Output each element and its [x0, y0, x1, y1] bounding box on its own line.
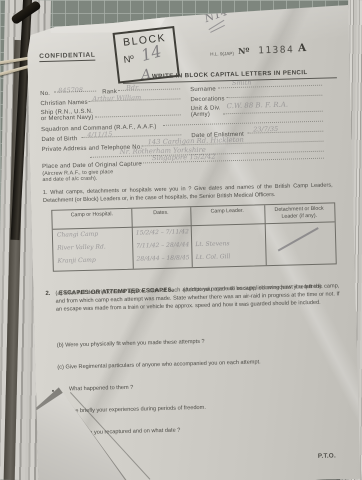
table-header-leader: Camp Leader.	[190, 205, 264, 225]
field-christian-names-value: Arthur William	[92, 93, 141, 102]
table-row: River Valley Rd. 7/11/42 – 28/4/44 Lt. S…	[53, 237, 335, 251]
question-2-number: 2.	[45, 291, 50, 297]
table-header-dates: Dates.	[131, 207, 191, 227]
fill-line	[95, 107, 181, 117]
cell-leader: Lt. Stevens	[191, 239, 264, 248]
cell-block-leader	[265, 250, 336, 259]
form-reference: H.L. 9(JAP)	[210, 51, 234, 57]
field-rank-value: Bdr.	[126, 83, 140, 91]
serial-number: 11384	[258, 44, 294, 56]
pto-label: P.T.O.	[318, 452, 336, 459]
question-2c-text: (c) Give Regimental particulars of anyon…	[57, 357, 341, 372]
field-decorations-label: Decorations	[190, 96, 224, 103]
confidential-marking: CONFIDENTIAL	[39, 52, 96, 62]
cell-dates: 28/4/44 – 18/8/45	[132, 254, 191, 263]
field-ship-label-line2: or Merchant Navy)	[41, 115, 94, 122]
cell-camp: Kranji Camp	[54, 256, 133, 265]
serial-letter: A	[298, 42, 306, 54]
cell-dates: 15/2/42 – 7/11/42	[132, 228, 191, 237]
ink-speck	[52, 390, 54, 392]
cell-camp: Changi Camp	[53, 230, 132, 239]
question-2b-text: (b) Were you physically fit when you mad…	[57, 335, 341, 350]
field-christian-names-label: Christian Names	[40, 100, 88, 107]
pow-questionnaire-form-page: CONFIDENTIAL BLOCK Nº 14 A N14 H.L. 9(JA…	[26, 5, 360, 480]
table-header-block-leader: Detachment or Block Leader (if any).	[264, 203, 335, 223]
field-surname-label: Surname	[190, 86, 216, 93]
stamp-handwritten-number: 14	[139, 41, 163, 64]
question-2c-followup-text: What happened to them ?	[69, 380, 329, 395]
table-row: Kranji Camp 28/4/44 – 18/8/45 Lt. Col. G…	[54, 250, 336, 264]
table-header-camp: Camp or Hospital.	[52, 209, 131, 229]
cell-block-leader	[264, 224, 335, 233]
field-enlistment-value: 23/7/35	[253, 125, 278, 134]
serial-no-label: Nº	[238, 46, 250, 56]
question-1-text: 1. What camps, detachments or hospitals …	[43, 182, 333, 205]
cell-dates: 7/11/42 – 28/4/44	[132, 241, 191, 250]
field-address-value-line1: 143 Cardigan Rd. Hickleton	[147, 136, 244, 147]
capture-sub-line2: and date of a/c crash).	[42, 176, 97, 183]
fill-line	[226, 88, 322, 99]
field-dob-label: Date of Birth	[41, 136, 77, 143]
field-surname-value: Smith	[232, 79, 252, 88]
field-unit-value: C.W. 88 B. F. R.A.	[226, 101, 288, 111]
cell-camp: River Valley Rd.	[53, 243, 132, 252]
stamp-no-label: Nº	[123, 54, 135, 66]
photo-of-document: CONFIDENTIAL BLOCK Nº 14 A N14 H.L. 9(JA…	[0, 0, 362, 480]
cell-leader	[191, 226, 264, 235]
camps-table: Camp or Hospital. Dates. Camp Leader. De…	[51, 202, 337, 271]
cell-leader: Lt. Col. Gill	[192, 252, 265, 261]
capture-value: Singapore 15/2/42	[152, 153, 216, 163]
field-no-value: 845708	[58, 86, 83, 95]
field-dob-value: 4/11/15	[87, 130, 112, 139]
field-no-label: No.	[40, 91, 50, 97]
question-2d-text: (d) Give briefly your experiences during…	[58, 401, 342, 416]
